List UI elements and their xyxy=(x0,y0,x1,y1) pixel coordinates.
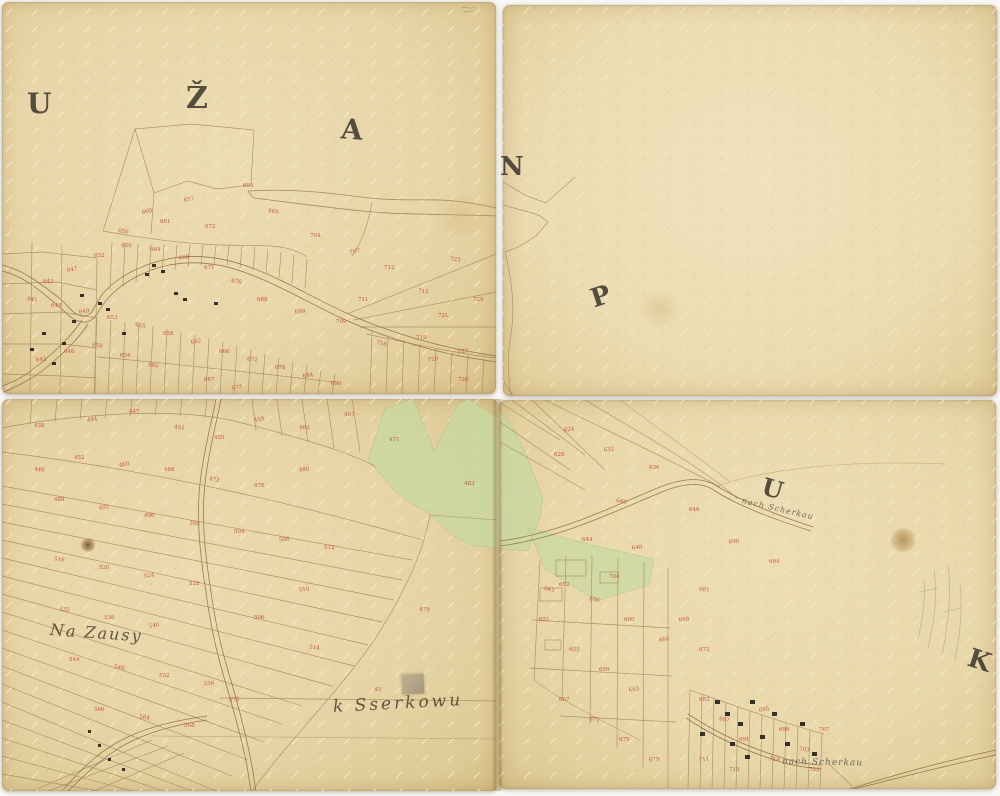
sheet-top-right-art xyxy=(503,5,997,396)
chapel-symbol xyxy=(401,673,424,694)
sheet-top-right xyxy=(503,5,997,396)
sheet-top-left-art xyxy=(2,2,496,394)
paper-texture xyxy=(2,2,496,394)
map-scan: 6936576616697047077127157217277197167096… xyxy=(0,0,1000,796)
sheet-bottom-right-art xyxy=(499,400,996,789)
paper-texture xyxy=(499,400,996,789)
sheet-bottom-left-art xyxy=(2,399,498,791)
sheet-bottom-left xyxy=(2,399,498,791)
sheet-top-left xyxy=(2,2,496,394)
sheet-bottom-right xyxy=(499,400,996,789)
paper-texture xyxy=(503,5,997,396)
